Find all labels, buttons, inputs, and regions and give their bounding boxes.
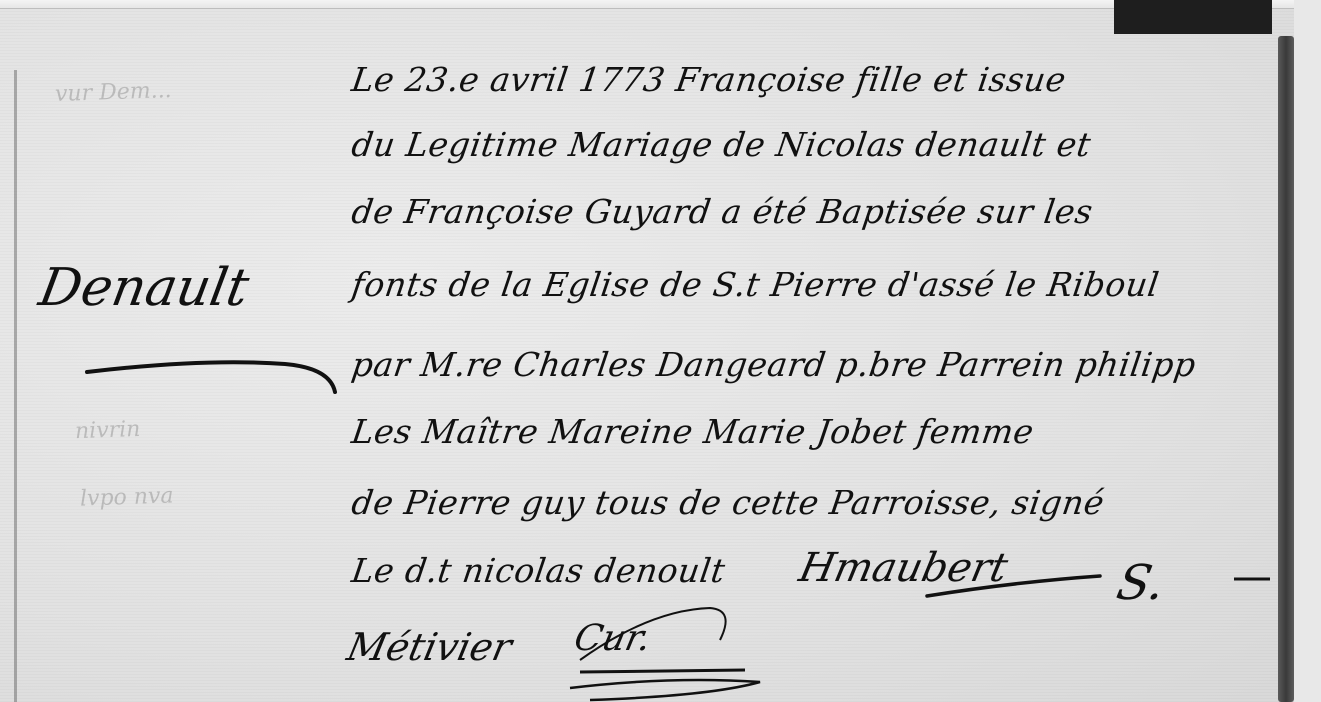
left-margin-line <box>14 70 17 702</box>
record-line-2: du Legitime Mariage de Nicolas denault e… <box>349 125 1093 164</box>
bleed-through-text: nivrin <box>75 417 141 444</box>
record-line-4: fonts de la Eglise de S.t Pierre d'assé … <box>349 265 1161 304</box>
initials-signature: S. <box>1112 555 1170 611</box>
signature-underline <box>925 570 1105 600</box>
adjacent-page-strip <box>1294 0 1321 702</box>
record-line-7: de Pierre guy tous de cette Parroisse, s… <box>349 483 1107 522</box>
document-scan: vur Dem... nivrin lvpo nva Denault Le 23… <box>0 0 1321 702</box>
priest-signature: Métivier <box>343 625 515 669</box>
signature-dash <box>1232 574 1272 584</box>
record-line-3: de Françoise Guyard a été Baptisée sur l… <box>349 192 1095 231</box>
vertical-margin-rule <box>1278 36 1294 702</box>
binding-shadow-block <box>1114 0 1272 34</box>
margin-flourish-stroke <box>85 356 340 396</box>
bleed-through-text: vur Dem... <box>55 78 172 107</box>
record-line-6: Les Maître Mareine Marie Jobet femme <box>349 412 1036 451</box>
record-line-8: Le d.t nicolas denoult <box>349 551 727 590</box>
bleed-through-text: lvpo nva <box>80 483 174 511</box>
priest-paraph-flourish <box>560 600 770 702</box>
record-line-5: par M.re Charles Dangeard p.bre Parrein … <box>349 345 1198 384</box>
record-line-1: Le 23.e avril 1773 Françoise fille et is… <box>349 60 1068 99</box>
margin-surname: Denault <box>35 258 254 318</box>
